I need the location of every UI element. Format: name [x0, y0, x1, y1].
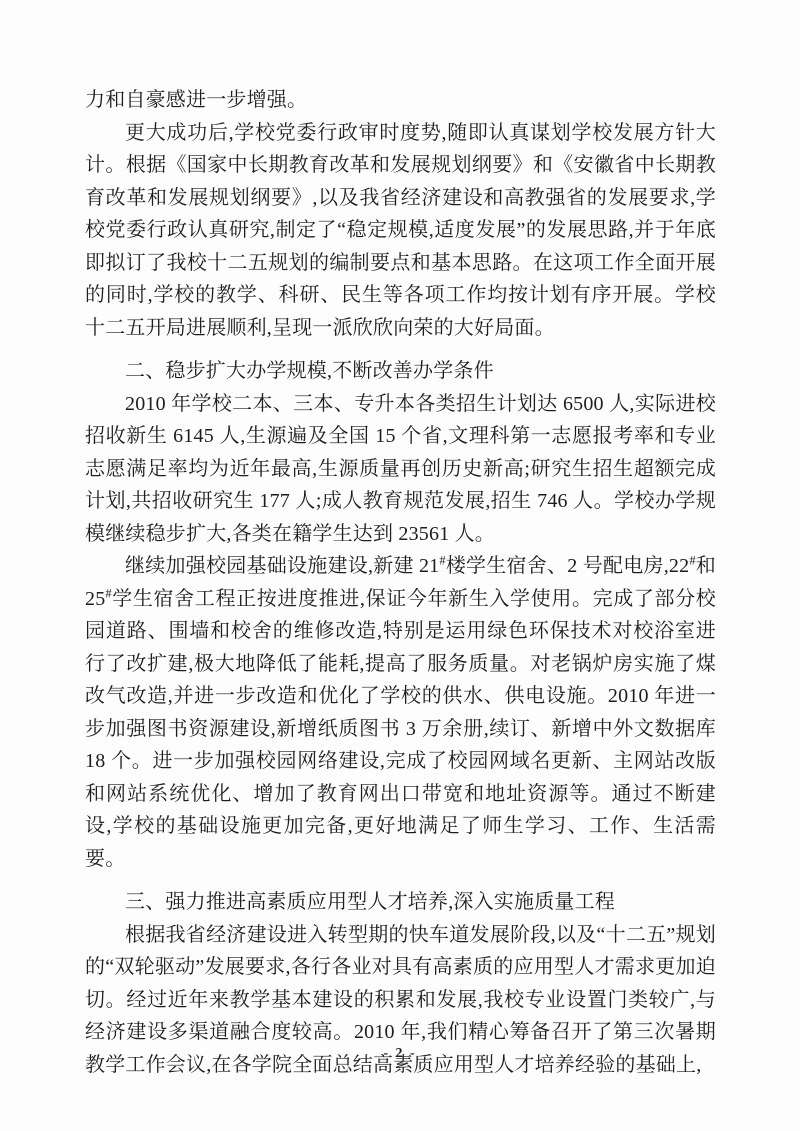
document-page: 力和自豪感进一步增强。更大成功后,学校党委行政审时度势,随即认真谋划学校发展方针… [0, 0, 800, 1131]
section-heading: 三、强力推进高素质应用型人才培养,深入实施质量工程 [85, 886, 716, 919]
page-number: - 2 - [0, 1046, 800, 1062]
superscript-number-sign: # [105, 586, 111, 600]
paragraph: 更大成功后,学校党委行政审时度势,随即认真谋划学校发展方针大计。根据《国家中长期… [85, 117, 716, 345]
paragraph: 2010 年学校二本、三本、专升本各类招生计划达 6500 人,实际进校招收新生… [85, 388, 716, 551]
paragraph: 继续加强校园基础设施建设,新建 21#楼学生宿舍、2 号配电房,22#和 25#… [85, 550, 716, 875]
superscript-number-sign: # [689, 553, 695, 567]
document-body: 力和自豪感进一步增强。更大成功后,学校党委行政审时度势,随即认真谋划学校发展方针… [85, 84, 716, 1081]
section-heading: 二、稳步扩大办学规模,不断改善办学条件 [85, 355, 716, 388]
paragraph: 力和自豪感进一步增强。 [85, 84, 716, 117]
superscript-number-sign: # [439, 553, 445, 567]
